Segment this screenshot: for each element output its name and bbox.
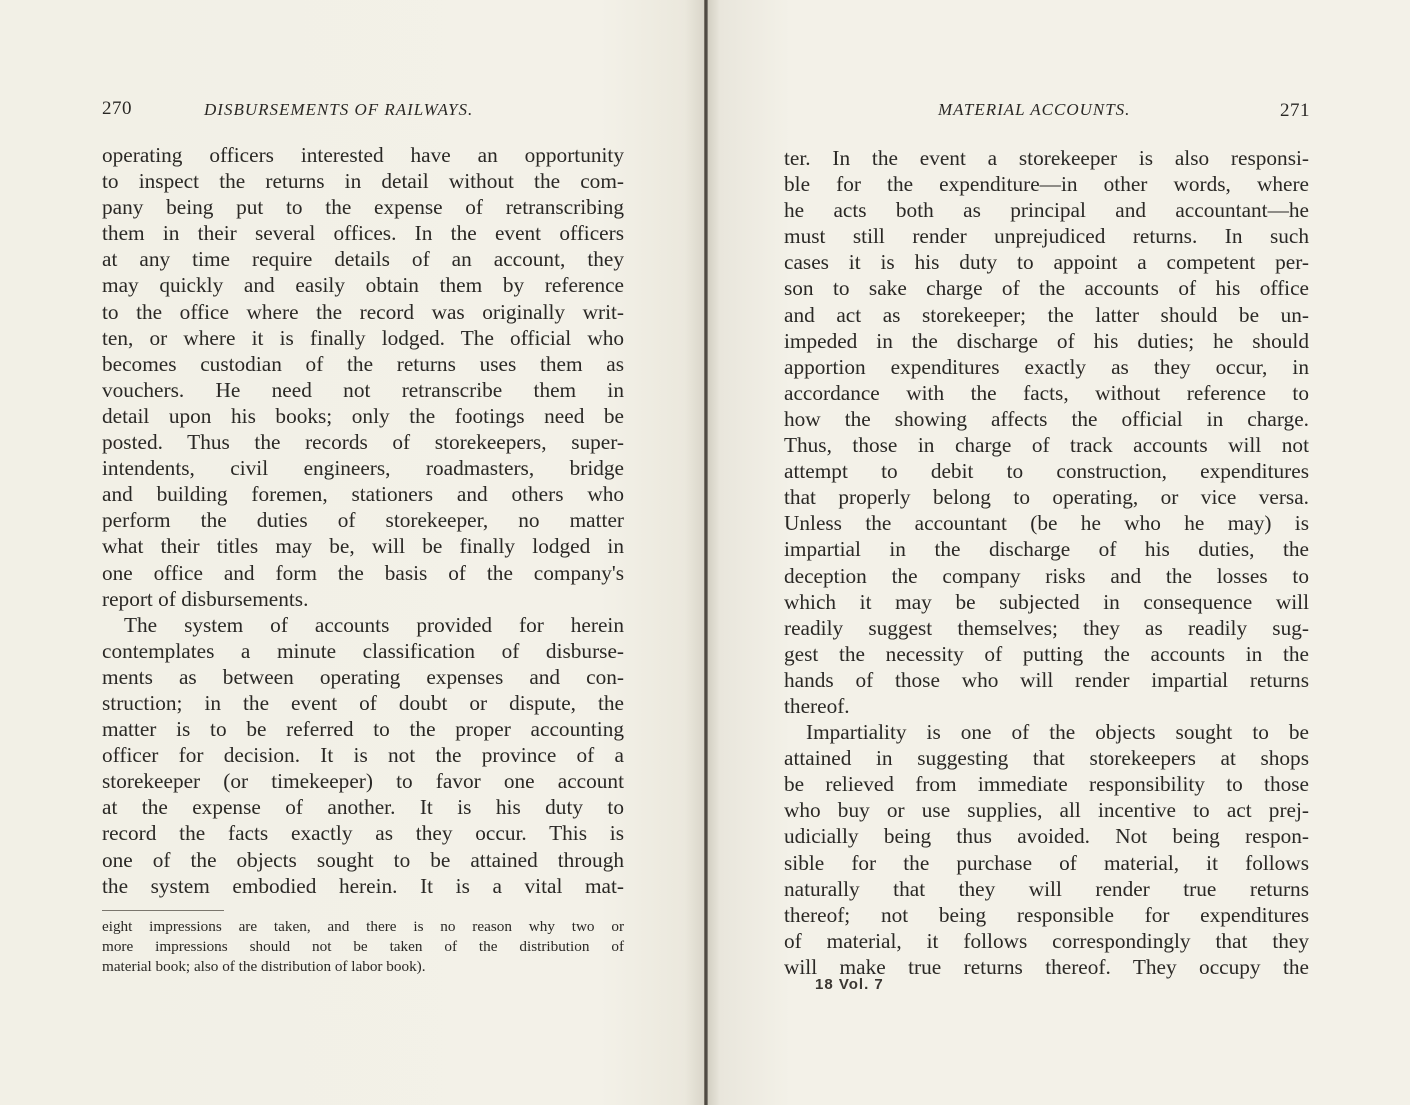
text-line: accordance with the facts, without refer… bbox=[784, 380, 1309, 406]
text-line: ter. In the event a storekeeper is also … bbox=[784, 145, 1309, 171]
text-line: deception the company risks and the loss… bbox=[784, 563, 1309, 589]
text-line: impeded in the discharge of his duties; … bbox=[784, 328, 1309, 354]
book-gutter bbox=[704, 0, 708, 1105]
text-line: must still render unprejudiced returns. … bbox=[784, 223, 1309, 249]
footnote: eight impressions are taken, and there i… bbox=[102, 917, 624, 977]
text-line: that properly belong to operating, or vi… bbox=[784, 484, 1309, 510]
text-line: apportion expenditures exactly as they o… bbox=[784, 354, 1309, 380]
text-line: matter is to be referred to the proper a… bbox=[102, 716, 624, 742]
text-line: sible for the purchase of material, it f… bbox=[784, 850, 1309, 876]
text-line: operating officers interested have an op… bbox=[102, 142, 624, 168]
text-line: be relieved from immediate responsibilit… bbox=[784, 771, 1309, 797]
text-line: Unless the accountant (be he who he may)… bbox=[784, 510, 1309, 536]
right-folio: 271 bbox=[1280, 100, 1310, 122]
left-body-text: operating officers interested have an op… bbox=[102, 142, 624, 899]
text-line: becomes custodian of the returns uses th… bbox=[102, 351, 624, 377]
footnote-rule bbox=[102, 910, 224, 911]
text-line: hands of those who will render impartial… bbox=[784, 667, 1309, 693]
text-line: and building foremen, stationers and oth… bbox=[102, 481, 624, 507]
text-line: struction; in the event of doubt or disp… bbox=[102, 690, 624, 716]
text-line: detail upon his books; only the footings… bbox=[102, 403, 624, 429]
text-line: to inspect the returns in detail without… bbox=[102, 168, 624, 194]
text-line: at any time require details of an accoun… bbox=[102, 246, 624, 272]
signature-mark: 18 Vol. 7 bbox=[815, 976, 884, 993]
text-line: which it may be subjected in consequence… bbox=[784, 589, 1309, 615]
left-page: 270 DISBURSEMENTS OF RAILWAYS. operating… bbox=[0, 0, 706, 1105]
text-line: he acts both as principal and accountant… bbox=[784, 197, 1309, 223]
text-line: record the facts exactly as they occur. … bbox=[102, 820, 624, 846]
text-line: perform the duties of storekeeper, no ma… bbox=[102, 507, 624, 533]
left-folio: 270 bbox=[102, 98, 132, 119]
text-line: gest the necessity of putting the accoun… bbox=[784, 641, 1309, 667]
text-line: them in their several offices. In the ev… bbox=[102, 220, 624, 246]
text-line: pany being put to the expense of retrans… bbox=[102, 194, 624, 220]
text-line: storekeeper (or timekeeper) to favor one… bbox=[102, 768, 624, 794]
right-body-text: ter. In the event a storekeeper is also … bbox=[784, 145, 1309, 980]
text-line: attempt to debit to construction, expend… bbox=[784, 458, 1309, 484]
text-line: may quickly and easily obtain them by re… bbox=[102, 272, 624, 298]
text-line: thereof; not being responsible for expen… bbox=[784, 902, 1309, 928]
text-line: ten, or where it is finally lodged. The … bbox=[102, 325, 624, 351]
text-line: ble for the expenditure—in other words, … bbox=[784, 171, 1309, 197]
text-line: intendents, civil engineers, roadmasters… bbox=[102, 455, 624, 481]
text-line: thereof. bbox=[784, 693, 1309, 719]
text-line: the system embodied herein. It is a vita… bbox=[102, 873, 624, 899]
text-line: what their titles may be, will be finall… bbox=[102, 533, 624, 559]
text-line: The system of accounts provided for here… bbox=[102, 612, 624, 638]
text-line: posted. Thus the records of storekeepers… bbox=[102, 429, 624, 455]
text-line: contemplates a minute classification of … bbox=[102, 638, 624, 664]
text-line: and act as storekeeper; the latter shoul… bbox=[784, 302, 1309, 328]
text-line: son to sake charge of the accounts of hi… bbox=[784, 275, 1309, 301]
footnote-line: eight impressions are taken, and there i… bbox=[102, 917, 624, 937]
text-line: Impartiality is one of the objects sough… bbox=[784, 719, 1309, 745]
text-line: how the showing affects the official in … bbox=[784, 406, 1309, 432]
text-line: ments as between operating expenses and … bbox=[102, 664, 624, 690]
text-line: naturally that they will render true ret… bbox=[784, 876, 1309, 902]
text-line: one of the objects sought to be attained… bbox=[102, 847, 624, 873]
text-line: to the office where the record was origi… bbox=[102, 299, 624, 325]
footnote-line: more impressions should not be taken of … bbox=[102, 937, 624, 957]
text-line: readily suggest themselves; they as read… bbox=[784, 615, 1309, 641]
text-line: at the expense of another. It is his dut… bbox=[102, 794, 624, 820]
text-line: attained in suggesting that storekeepers… bbox=[784, 745, 1309, 771]
text-line: vouchers. He need not retranscribe them … bbox=[102, 377, 624, 403]
right-running-title: MATERIAL ACCOUNTS. bbox=[938, 100, 1130, 120]
left-running-head: 270 DISBURSEMENTS OF RAILWAYS. bbox=[102, 98, 622, 120]
text-line: of material, it follows correspondingly … bbox=[784, 928, 1309, 954]
footnote-line: material book; also of the distribution … bbox=[102, 957, 624, 977]
text-line: Thus, those in charge of track accounts … bbox=[784, 432, 1309, 458]
text-line: udicially being thus avoided. Not being … bbox=[784, 823, 1309, 849]
text-line: report of disbursements. bbox=[102, 586, 624, 612]
text-line: impartial in the discharge of his duties… bbox=[784, 536, 1309, 562]
text-line: cases it is his duty to appoint a compet… bbox=[784, 249, 1309, 275]
text-line: one office and form the basis of the com… bbox=[102, 560, 624, 586]
text-line: officer for decision. It is not the prov… bbox=[102, 742, 624, 768]
text-line: who buy or use supplies, all incentive t… bbox=[784, 797, 1309, 823]
left-running-title: DISBURSEMENTS OF RAILWAYS. bbox=[204, 100, 473, 120]
